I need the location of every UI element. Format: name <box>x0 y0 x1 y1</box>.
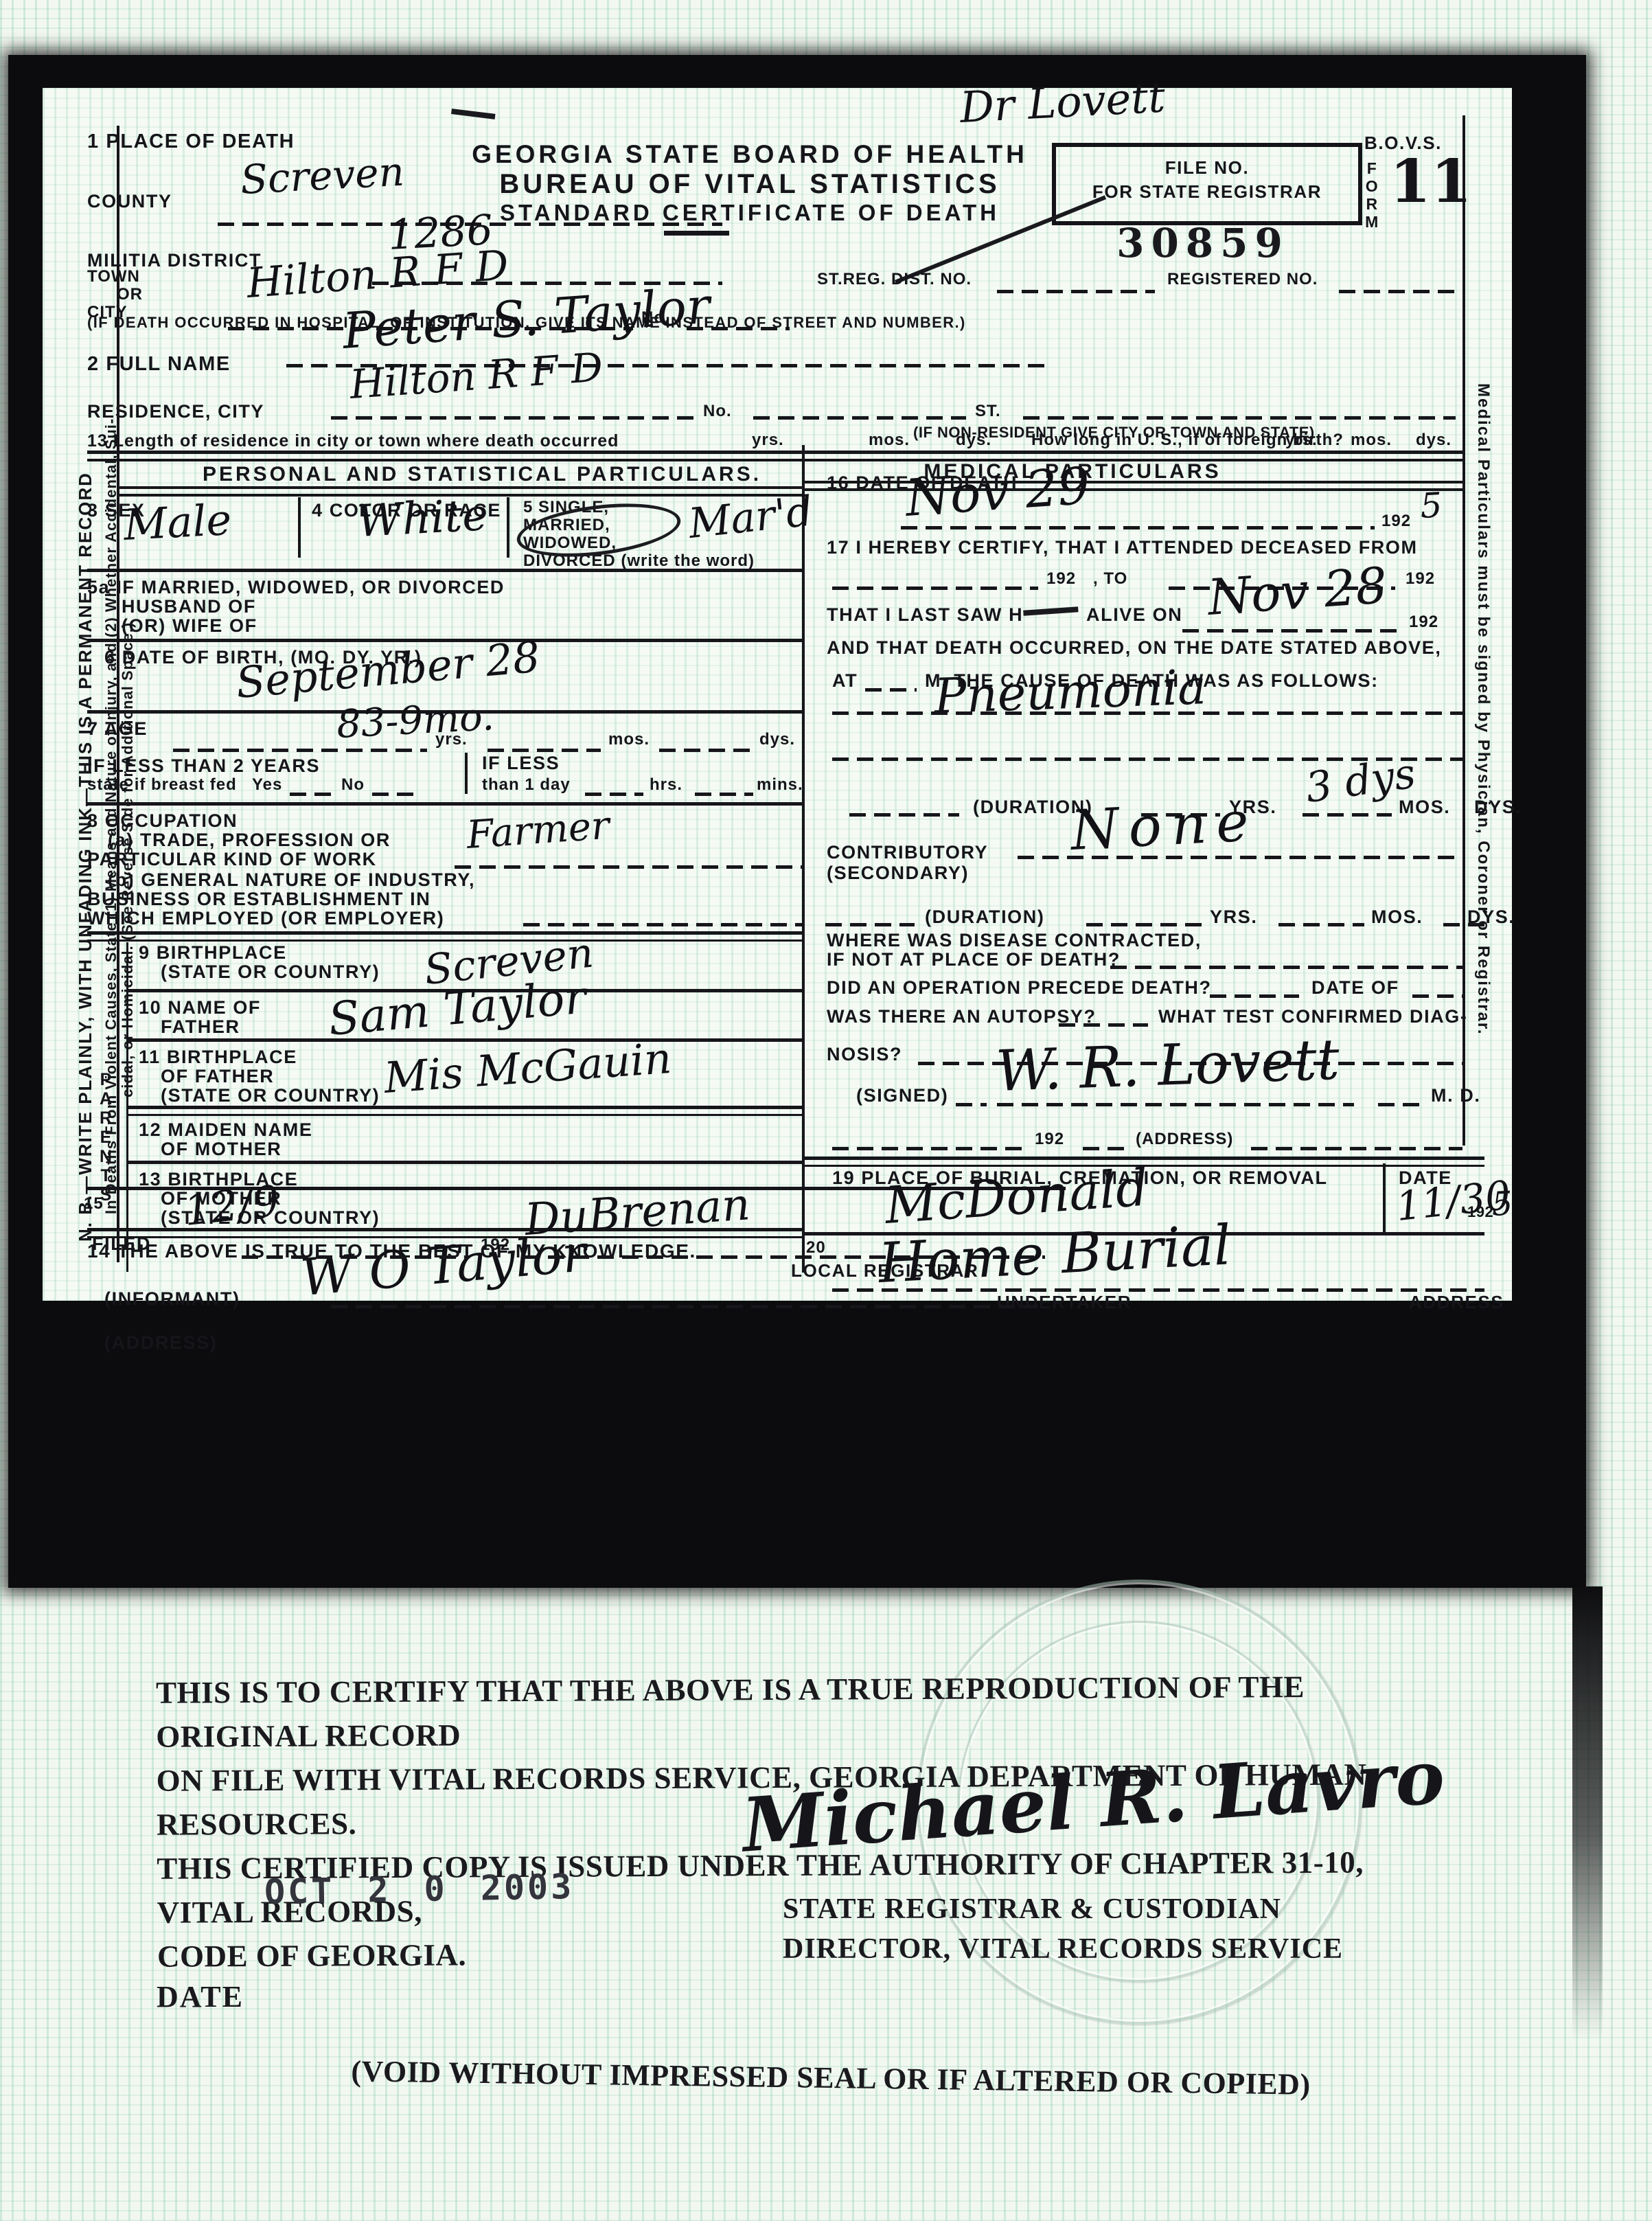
void-notice: (VOID WITHOUT IMPRESSED SEAL OR IF ALTER… <box>330 2053 1333 2102</box>
sig-address-label: (ADDRESS) <box>1136 1130 1233 1149</box>
scan-edge-streak <box>1572 1586 1603 2040</box>
contributory-value: None <box>1069 789 1260 863</box>
md-label: M. D. <box>1431 1085 1481 1106</box>
disease-line <box>1110 966 1462 969</box>
sig-address-line <box>1251 1147 1462 1150</box>
certify-attended-label: 17 I HEREBY CERTIFY, THAT I ATTENDED DEC… <box>827 537 1418 558</box>
nosis-label: NOSIS? <box>827 1044 902 1064</box>
burial-date-divider <box>1383 1163 1386 1232</box>
signed-label: (SIGNED) <box>856 1085 948 1106</box>
duration2-label: (DURATION) <box>925 907 1044 927</box>
last-saw-label-1: THAT I LAST SAW H <box>827 604 1023 625</box>
undertaker-address-label: ADDRESS <box>1409 1292 1504 1312</box>
signed-line-b <box>997 1103 1354 1106</box>
autopsy-label: WAS THERE AN AUTOPSY? <box>827 1006 1097 1027</box>
sig-date-line2 <box>1083 1147 1127 1150</box>
duration2-yrs-line <box>1086 923 1203 926</box>
attended-to-year: 192 <box>1406 570 1435 589</box>
sig-date-line <box>832 1147 1024 1150</box>
dod-line <box>901 526 1375 529</box>
informant-line <box>331 1305 1038 1308</box>
dod-year-handwritten: 5 <box>1419 485 1443 526</box>
duration2-pre-line <box>825 923 915 926</box>
cause-line <box>832 711 1462 715</box>
contributory-line <box>1018 856 1462 859</box>
autopsy-line <box>1059 1023 1148 1027</box>
last-saw-value: Nov 28 <box>1206 556 1389 626</box>
secondary-label: (SECONDARY) <box>827 863 969 883</box>
burial-year-handwritten: 5 <box>1491 1184 1513 1224</box>
duration1-mos: MOS. <box>1399 797 1450 817</box>
duration1-pre-line <box>849 813 959 817</box>
operation-date-line <box>1412 994 1464 998</box>
registrar-title-1: STATE REGISTRAR & CUSTODIAN <box>783 1893 1281 1926</box>
at-line <box>865 688 917 692</box>
date-label: DATE <box>157 1979 244 2014</box>
certification-line1: THIS IS TO CERTIFY THAT THE ABOVE IS A T… <box>156 1664 1413 1759</box>
disease-contracted-label-2: IF NOT AT PLACE OF DEATH? <box>827 949 1121 970</box>
operation-line <box>1210 994 1299 998</box>
physician-signature: W. R. Lovett <box>995 1027 1341 1104</box>
attended-from-line <box>832 586 1038 590</box>
sig-year: 192 <box>1035 1130 1064 1149</box>
date-of-death-value: Nov 29 <box>904 456 1092 528</box>
undertaker-number: 20 <box>806 1239 826 1257</box>
duration1-dys: DYS. <box>1474 797 1522 817</box>
attended-from-year: 192 <box>1046 570 1076 589</box>
at-label: AT <box>832 670 858 691</box>
certificate-overlay: 15 FILED 12/9 192 DuBrenan LOCAL REGISTR… <box>43 88 1512 1301</box>
filed-line <box>242 1255 468 1259</box>
address-label: (ADDRESS) <box>104 1332 217 1353</box>
test-confirmed-label: WHAT TEST CONFIRMED DIAG- <box>1158 1006 1467 1027</box>
burial-year-prefix: 192 <box>1467 1204 1493 1221</box>
contributory-label: CONTRIBUTORY <box>827 842 988 863</box>
signed-line-a <box>956 1103 987 1106</box>
dod-year-prefix: 192 <box>1381 512 1411 531</box>
disease-contracted-label-1: WHERE WAS DISEASE CONTRACTED, <box>827 930 1202 950</box>
duration2-mos: MOS. <box>1371 907 1423 927</box>
duration1-mos-line <box>1303 813 1392 817</box>
duration2-yrs: YRS. <box>1210 907 1257 927</box>
operation-label: DID AN OPERATION PRECEDE DEATH? <box>827 977 1212 998</box>
filed-label: FILED <box>92 1233 151 1254</box>
date-received-stamp: OCT 2 0 2003 <box>264 1867 575 1912</box>
duration2-dys: DYS. <box>1467 907 1515 927</box>
handwritten-strikethrough <box>1022 600 1078 616</box>
last-saw-line <box>1182 629 1402 633</box>
date-of-label: DATE OF <box>1311 977 1399 998</box>
duration2-mos-line <box>1278 923 1364 926</box>
undertaker-label: UNDERTAKER <box>997 1292 1132 1312</box>
filed-year-prefix: 192 <box>481 1236 510 1255</box>
filed-number: 15 <box>84 1195 104 1214</box>
filed-value: 12/9 <box>181 1176 282 1235</box>
last-saw-label-2: ALIVE ON <box>1086 604 1182 625</box>
to-label: , TO <box>1093 570 1127 589</box>
signed-line-c <box>1378 1103 1423 1106</box>
last-saw-year: 192 <box>1409 613 1438 632</box>
scanned-death-certificate-page: N. B.—WRITE PLAINLY, WITH UNFADING INK—T… <box>0 0 1652 2221</box>
registrar-title-2: DIRECTOR, VITAL RECORDS SERVICE <box>783 1933 1343 1966</box>
death-occurred-label: AND THAT DEATH OCCURRED, ON THE DATE STA… <box>827 637 1441 658</box>
undertaker-line <box>832 1288 1484 1292</box>
